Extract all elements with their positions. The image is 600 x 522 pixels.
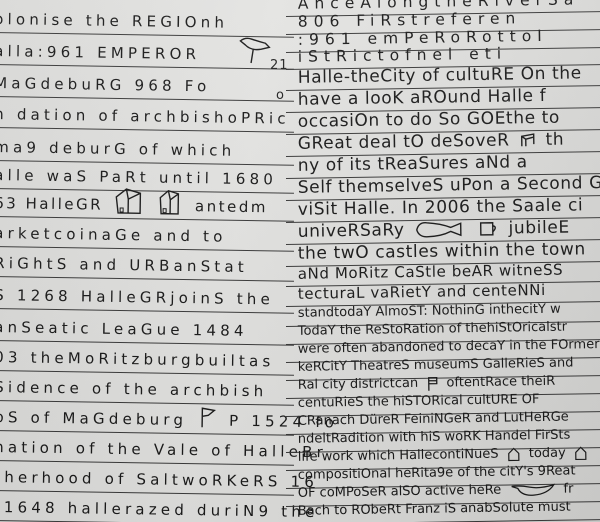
text-line: nation of the Vale of HalleBr xyxy=(0,436,294,466)
fish-icon xyxy=(414,219,464,240)
line-text: RiGhtS and URBanStat xyxy=(0,252,248,278)
line-text: anSeatic LeaGue 1484 xyxy=(0,316,248,342)
line-text: olonise the REGIOnh xyxy=(0,8,228,34)
line-text: Sidence of the archbish xyxy=(0,376,268,402)
text-line: pS of MaGdeburg P 1524 fo xyxy=(0,406,294,436)
flag-icon xyxy=(426,375,438,391)
house-icon xyxy=(114,184,142,214)
text-line: alla:961 EMPEROR xyxy=(0,40,294,70)
line-text: Bach to RObeRt Franz iS anabSolute must xyxy=(298,498,571,522)
house-icon xyxy=(574,446,588,460)
text-line: n dation of archbishoPRic xyxy=(0,103,294,133)
margin-mark: o xyxy=(276,88,285,103)
line-text: jubileE xyxy=(508,218,569,239)
cup-icon xyxy=(478,220,498,238)
line-text: 03 theMoRitzburgbuiltas xyxy=(0,346,275,372)
text-line: MaGdebuRG 968 Fo xyxy=(0,72,294,102)
house-icon xyxy=(158,187,184,215)
line-text: arketcoinaGe and to xyxy=(0,222,227,248)
flag-icon xyxy=(200,406,216,428)
text-line: olonise the REGIOnh xyxy=(0,8,294,38)
line-text: univeRSaRy xyxy=(298,220,405,242)
line-text: antedm xyxy=(195,195,268,218)
text-line: 03 theMoRitzburgbuiltas xyxy=(0,346,294,376)
text-line: S 1268 HalleGRjoinS the xyxy=(0,284,294,314)
line-text: -1648 hallerazed duriN9 the xyxy=(0,496,319,522)
line-text: 63 HalleGR xyxy=(0,192,103,216)
line-text: iStRictofnel eti xyxy=(298,44,508,67)
text-line: 63 HalleGR antedm xyxy=(0,192,294,222)
bird-icon xyxy=(237,34,271,65)
handwritten-page: olonise the REGIOnh alla:961 EMPEROR MaG… xyxy=(0,0,600,522)
bird-icon xyxy=(509,481,555,498)
line-text: have a looK aROund Halle f xyxy=(298,86,547,110)
line-text: S 1268 HalleGRjoinS the xyxy=(0,284,274,310)
line-text: viSit Halle. In 2006 the Saale ci xyxy=(298,195,584,219)
text-line: arketcoinaGe and to xyxy=(0,222,294,252)
line-text: MaGdebuRG 968 Fo xyxy=(0,72,211,97)
text-line: ma9 deburG of which xyxy=(0,136,294,166)
text-line: anSeatic LeaGue 1484 xyxy=(0,316,294,346)
line-text: therhood of SaltwoRKeRS 16 xyxy=(0,466,318,493)
text-line: -1648 hallerazed duriN9 the xyxy=(0,496,294,522)
line-text: occasiOn to do So GOEthe to xyxy=(298,108,560,132)
line-text: nation of the Vale of HalleBr xyxy=(0,436,327,463)
line-text: pS of MaGdeburg xyxy=(0,406,187,431)
text-line: alle waS PaRt until 1680 xyxy=(0,164,294,194)
line-text: Self themselveS uPon a Second G xyxy=(298,173,600,198)
line-text: ny of its tReaSures aNd a xyxy=(298,152,528,176)
text-line: Sidence of the archbish xyxy=(0,376,294,406)
text-line: RiGhtS and URBanStat xyxy=(0,252,294,282)
line-text: alla:961 EMPEROR xyxy=(0,40,200,65)
line-text: th xyxy=(545,130,564,150)
line-text: ma9 deburG of which xyxy=(0,136,236,162)
line-text: GReat deal tO deSoveR xyxy=(298,130,510,153)
text-line: therhood of SaltwoRKeRS 16 xyxy=(0,466,294,496)
line-text: n dation of archbishoPRic xyxy=(0,103,290,130)
house-icon xyxy=(507,447,521,461)
line-text: Halle-theCity of cultuRE On the xyxy=(298,63,582,87)
box-icon xyxy=(519,133,535,147)
text-line: Bach to RObeRt Franz iS anabSolute must xyxy=(286,497,600,522)
